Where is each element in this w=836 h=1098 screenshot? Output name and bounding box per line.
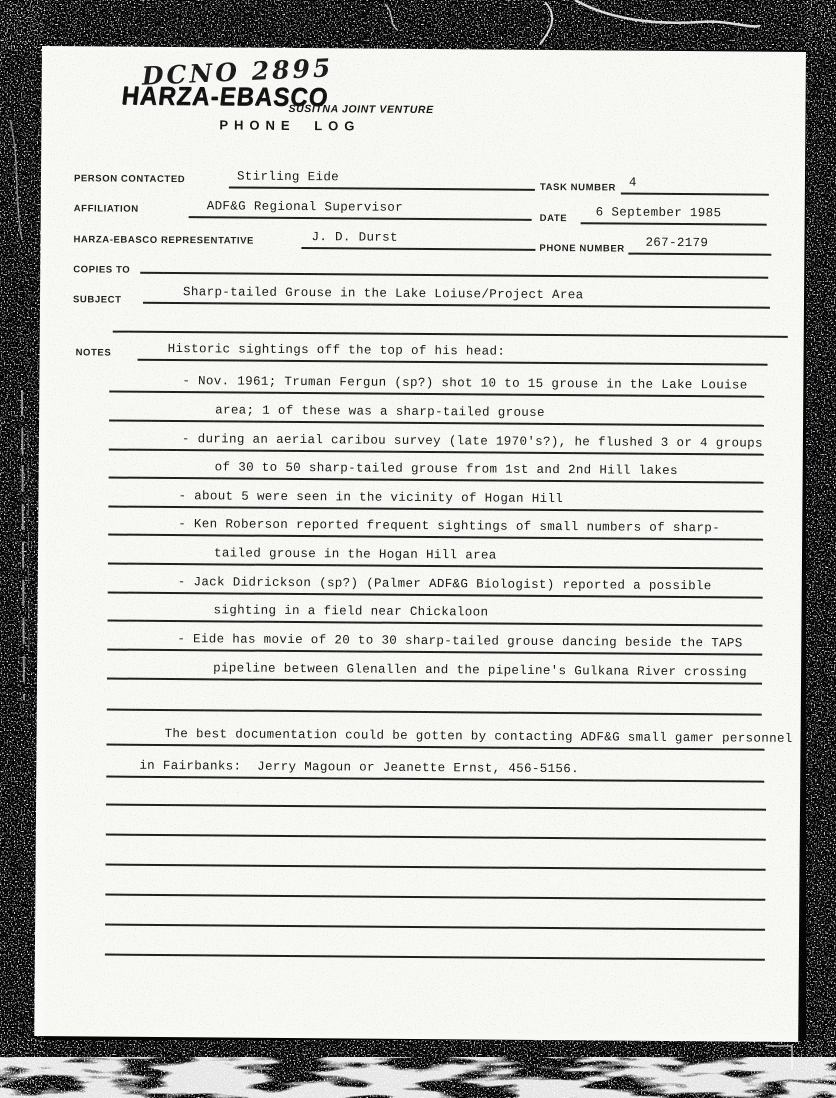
person-contacted-label: PERSON CONTACTED bbox=[74, 173, 185, 185]
scratch-mark bbox=[385, 4, 398, 30]
note-line-text: - Jack Didrickson (sp?) (Palmer ADF&G Bi… bbox=[108, 575, 712, 594]
note-line-text: of 30 to 50 sharp-tailed grouse from 1st… bbox=[109, 460, 678, 478]
note-line-text: sighting in a field near Chickaloon bbox=[108, 603, 489, 620]
task-number-value: 4 bbox=[621, 176, 637, 190]
note-line: sighting in a field near Chickaloon bbox=[107, 598, 762, 627]
note-line: - Nov. 1961; Truman Fergun (sp?) shot 10… bbox=[109, 369, 764, 398]
person-contacted-field: Stirling Eide bbox=[229, 162, 535, 190]
date-label: DATE bbox=[540, 213, 568, 224]
phone-number-value: 267-2179 bbox=[628, 236, 708, 251]
affiliation-label: AFFILIATION bbox=[74, 203, 139, 215]
paper-sheet: DCNO 2895 HARZA-EBASCO SUSITNA JOINT VEN… bbox=[34, 46, 806, 1042]
copies-to-label: COPIES TO bbox=[73, 264, 130, 275]
subject-label: SUBJECT bbox=[73, 294, 122, 305]
blank-ruled-line bbox=[106, 834, 766, 841]
note-line: pipeline between Glenallen and the pipel… bbox=[107, 656, 762, 685]
note-line-text: pipeline between Glenallen and the pipel… bbox=[107, 661, 747, 680]
scratch-mark bbox=[540, 2, 552, 44]
blank-ruled-line bbox=[105, 894, 765, 901]
subject-field: Sharp-tailed Grouse in the Lake Loiuse/P… bbox=[143, 278, 770, 309]
copies-to-field bbox=[140, 248, 768, 279]
date-value: 6 September 1985 bbox=[581, 205, 722, 220]
note-line-text: - about 5 were seen in the vicinity of H… bbox=[108, 489, 563, 507]
note-line: - Jack Didrickson (sp?) (Palmer ADF&G Bi… bbox=[108, 570, 763, 599]
binder-edge-mark bbox=[22, 390, 24, 700]
note-line: tailed grouse in the Hogan Hill area bbox=[108, 541, 763, 570]
task-number-field: 4 bbox=[621, 169, 769, 196]
binder-edge-mark bbox=[28, 430, 29, 660]
note-line: of 30 to 50 sharp-tailed grouse from 1st… bbox=[109, 455, 764, 484]
scratch-mark bbox=[10, 120, 22, 240]
blank-ruled-line bbox=[107, 709, 762, 716]
note-line: - Eide has movie of 20 to 30 sharp-taile… bbox=[107, 627, 762, 656]
notes-field: Historic sightings off the top of his he… bbox=[138, 335, 768, 366]
affiliation-field: ADF&G Regional Supervisor bbox=[189, 192, 532, 221]
affiliation-value: ADF&G Regional Supervisor bbox=[189, 199, 403, 215]
closing-line: The best documentation could be gotten b… bbox=[107, 722, 765, 751]
note-line-text: tailed grouse in the Hogan Hill area bbox=[108, 546, 497, 563]
note-line-text: - Eide has movie of 20 to 30 sharp-taile… bbox=[107, 632, 742, 651]
note-line: - about 5 were seen in the vicinity of H… bbox=[108, 484, 763, 513]
closing-line-text: in Fairbanks: Jerry Magoun or Jeanette E… bbox=[106, 759, 579, 777]
person-contacted-value: Stirling Eide bbox=[229, 169, 339, 184]
blank-ruled-line bbox=[106, 864, 766, 871]
blank-ruled-line bbox=[105, 954, 765, 961]
scanned-phone-log-document: DCNO 2895 HARZA-EBASCO SUSITNA JOINT VEN… bbox=[0, 0, 836, 1098]
blank-ruled-line bbox=[106, 804, 766, 811]
note-line-text: - Nov. 1961; Truman Fergun (sp?) shot 10… bbox=[109, 374, 747, 393]
border-bottom-blobs bbox=[0, 1064, 836, 1098]
closing-line-text: The best documentation could be gotten b… bbox=[107, 727, 793, 746]
note-line-text: - during an aerial caribou survey (late … bbox=[109, 432, 763, 451]
venture-subtitle: SUSITNA JOINT VENTURE bbox=[288, 103, 433, 116]
notes-value: Historic sightings off the top of his he… bbox=[138, 342, 506, 359]
note-line: - during an aerial caribou survey (late … bbox=[109, 427, 764, 456]
note-line: - Ken Roberson reported frequent sightin… bbox=[108, 512, 763, 541]
task-number-label: TASK NUMBER bbox=[540, 182, 616, 194]
note-line-text: area; 1 of these was a sharp-tailed grou… bbox=[109, 403, 545, 420]
form-title: PHONE LOG bbox=[219, 117, 360, 133]
scratch-mark bbox=[575, 0, 760, 26]
note-line: area; 1 of these was a sharp-tailed grou… bbox=[109, 398, 764, 427]
border-right-noise bbox=[806, 0, 836, 1098]
representative-field: J. D. Durst bbox=[301, 223, 535, 251]
border-top-noise bbox=[0, 0, 836, 50]
note-line-text: - Ken Roberson reported frequent sightin… bbox=[108, 517, 720, 536]
notes-label: NOTES bbox=[76, 347, 112, 358]
border-bottom-noise bbox=[0, 1040, 836, 1098]
date-field: 6 September 1985 bbox=[581, 198, 767, 225]
blank-ruled-line bbox=[105, 924, 765, 931]
corner-ghost-mark bbox=[766, 1046, 792, 1070]
closing-line: in Fairbanks: Jerry Magoun or Jeanette E… bbox=[106, 754, 764, 783]
subject-value: Sharp-tailed Grouse in the Lake Loiuse/P… bbox=[143, 285, 584, 302]
representative-value: J. D. Durst bbox=[301, 230, 397, 245]
representative-label: HARZA-EBASCO REPRESENTATIVE bbox=[73, 234, 254, 246]
